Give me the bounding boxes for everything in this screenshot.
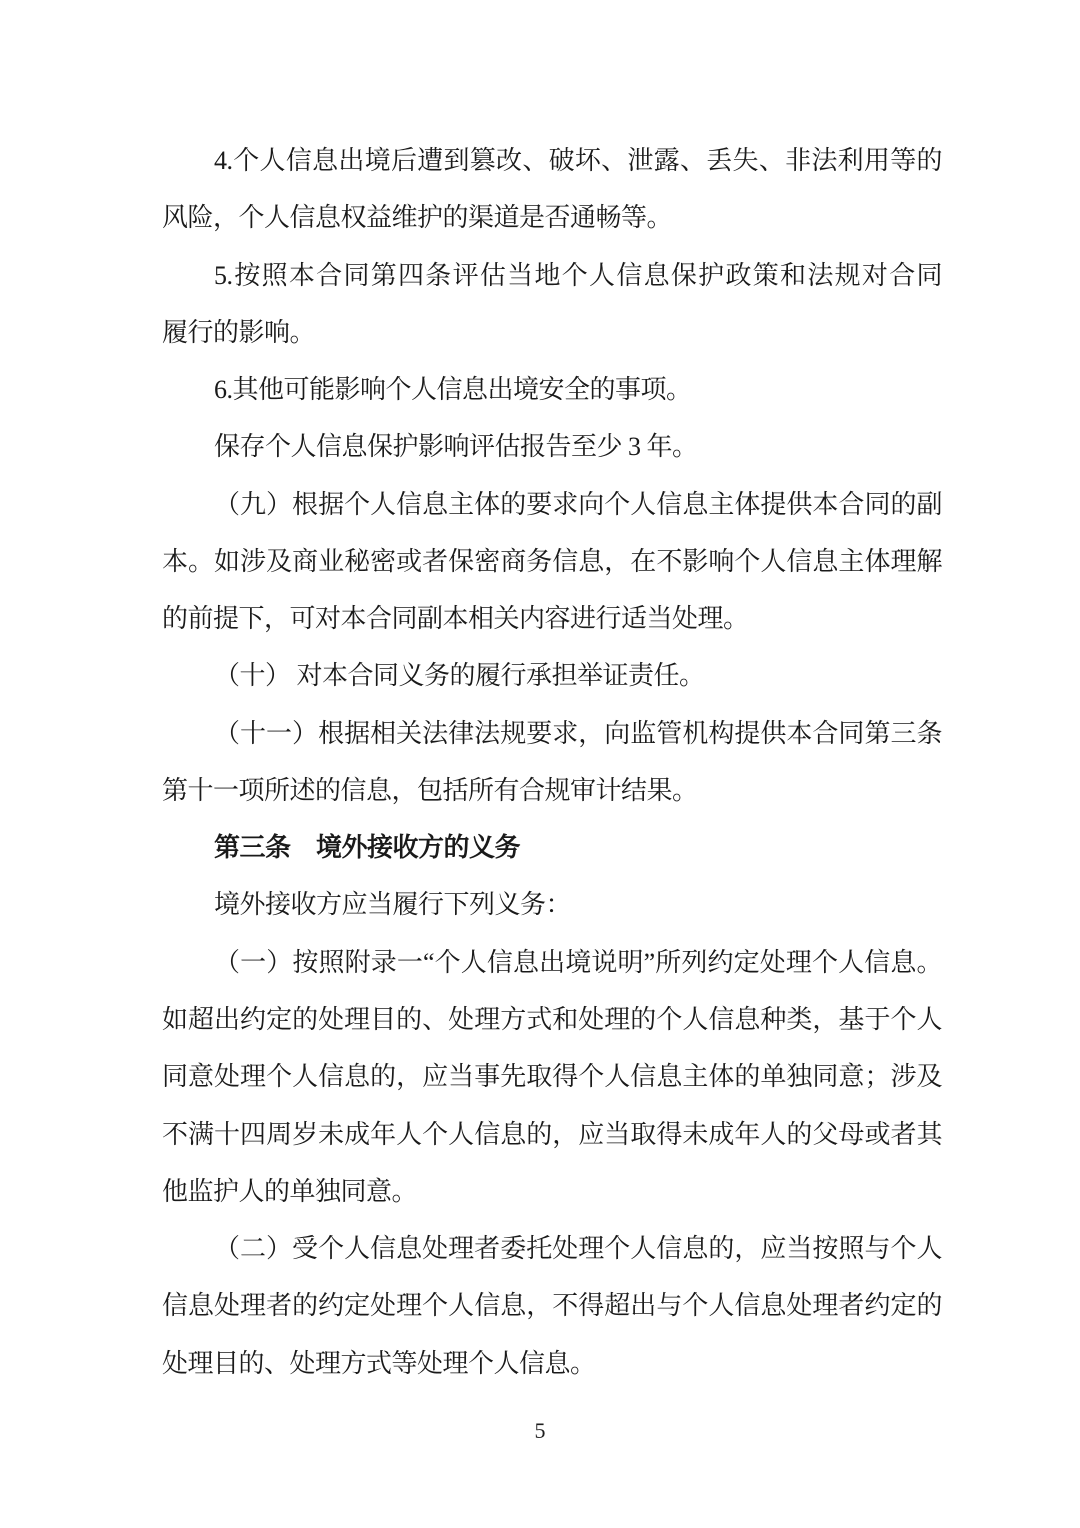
text-line: 信息处理者的约定处理个人信息，不得超出与个人信息处理者约定的 <box>162 1277 942 1334</box>
text-line: 同意处理个人信息的，应当事先取得个人信息主体的单独同意；涉及 <box>162 1048 942 1105</box>
text-line: （九）根据个人信息主体的要求向个人信息主体提供本合同的副 <box>162 476 942 533</box>
text-line: （二）受个人信息处理者委托处理个人信息的，应当按照与个人 <box>162 1220 942 1277</box>
text-line: 风险，个人信息权益维护的渠道是否通畅等。 <box>162 189 942 246</box>
text-line: 境外接收方应当履行下列义务： <box>162 876 942 933</box>
page-footer: 5 <box>0 1419 1080 1443</box>
document-body: 4.个人信息出境后遭到篡改、破坏、泄露、丢失、非法利用等的风险，个人信息权益维护… <box>162 132 942 1392</box>
text-line: 如超出约定的处理目的、处理方式和处理的个人信息种类，基于个人 <box>162 991 942 1048</box>
text-line: 5.按照本合同第四条评估当地个人信息保护政策和法规对合同 <box>162 247 942 304</box>
text-line: 不满十四周岁未成年人个人信息的，应当取得未成年人的父母或者其 <box>162 1106 942 1163</box>
text-line: 本。如涉及商业秘密或者保密商务信息，在不影响个人信息主体理解 <box>162 533 942 590</box>
text-line: （十） 对本合同义务的履行承担举证责任。 <box>162 647 942 704</box>
text-line: （十一）根据相关法律法规要求，向监管机构提供本合同第三条 <box>162 705 942 762</box>
text-line: 他监护人的单独同意。 <box>162 1163 942 1220</box>
text-line: （一）按照附录一“个人信息出境说明”所列约定处理个人信息。 <box>162 934 942 991</box>
text-line: 第十一项所述的信息，包括所有合规审计结果。 <box>162 762 942 819</box>
section-heading: 第三条 境外接收方的义务 <box>162 819 942 876</box>
text-line: 4.个人信息出境后遭到篡改、破坏、泄露、丢失、非法利用等的 <box>162 132 942 189</box>
text-line: 保存个人信息保护影响评估报告至少 3 年。 <box>162 418 942 475</box>
text-line: 处理目的、处理方式等处理个人信息。 <box>162 1335 942 1392</box>
text-line: 6.其他可能影响个人信息出境安全的事项。 <box>162 361 942 418</box>
text-line: 履行的影响。 <box>162 304 942 361</box>
text-line: 的前提下，可对本合同副本相关内容进行适当处理。 <box>162 590 942 647</box>
page-number: 5 <box>535 1418 546 1443</box>
document-page: 4.个人信息出境后遭到篡改、破坏、泄露、丢失、非法利用等的风险，个人信息权益维护… <box>0 0 1080 1528</box>
